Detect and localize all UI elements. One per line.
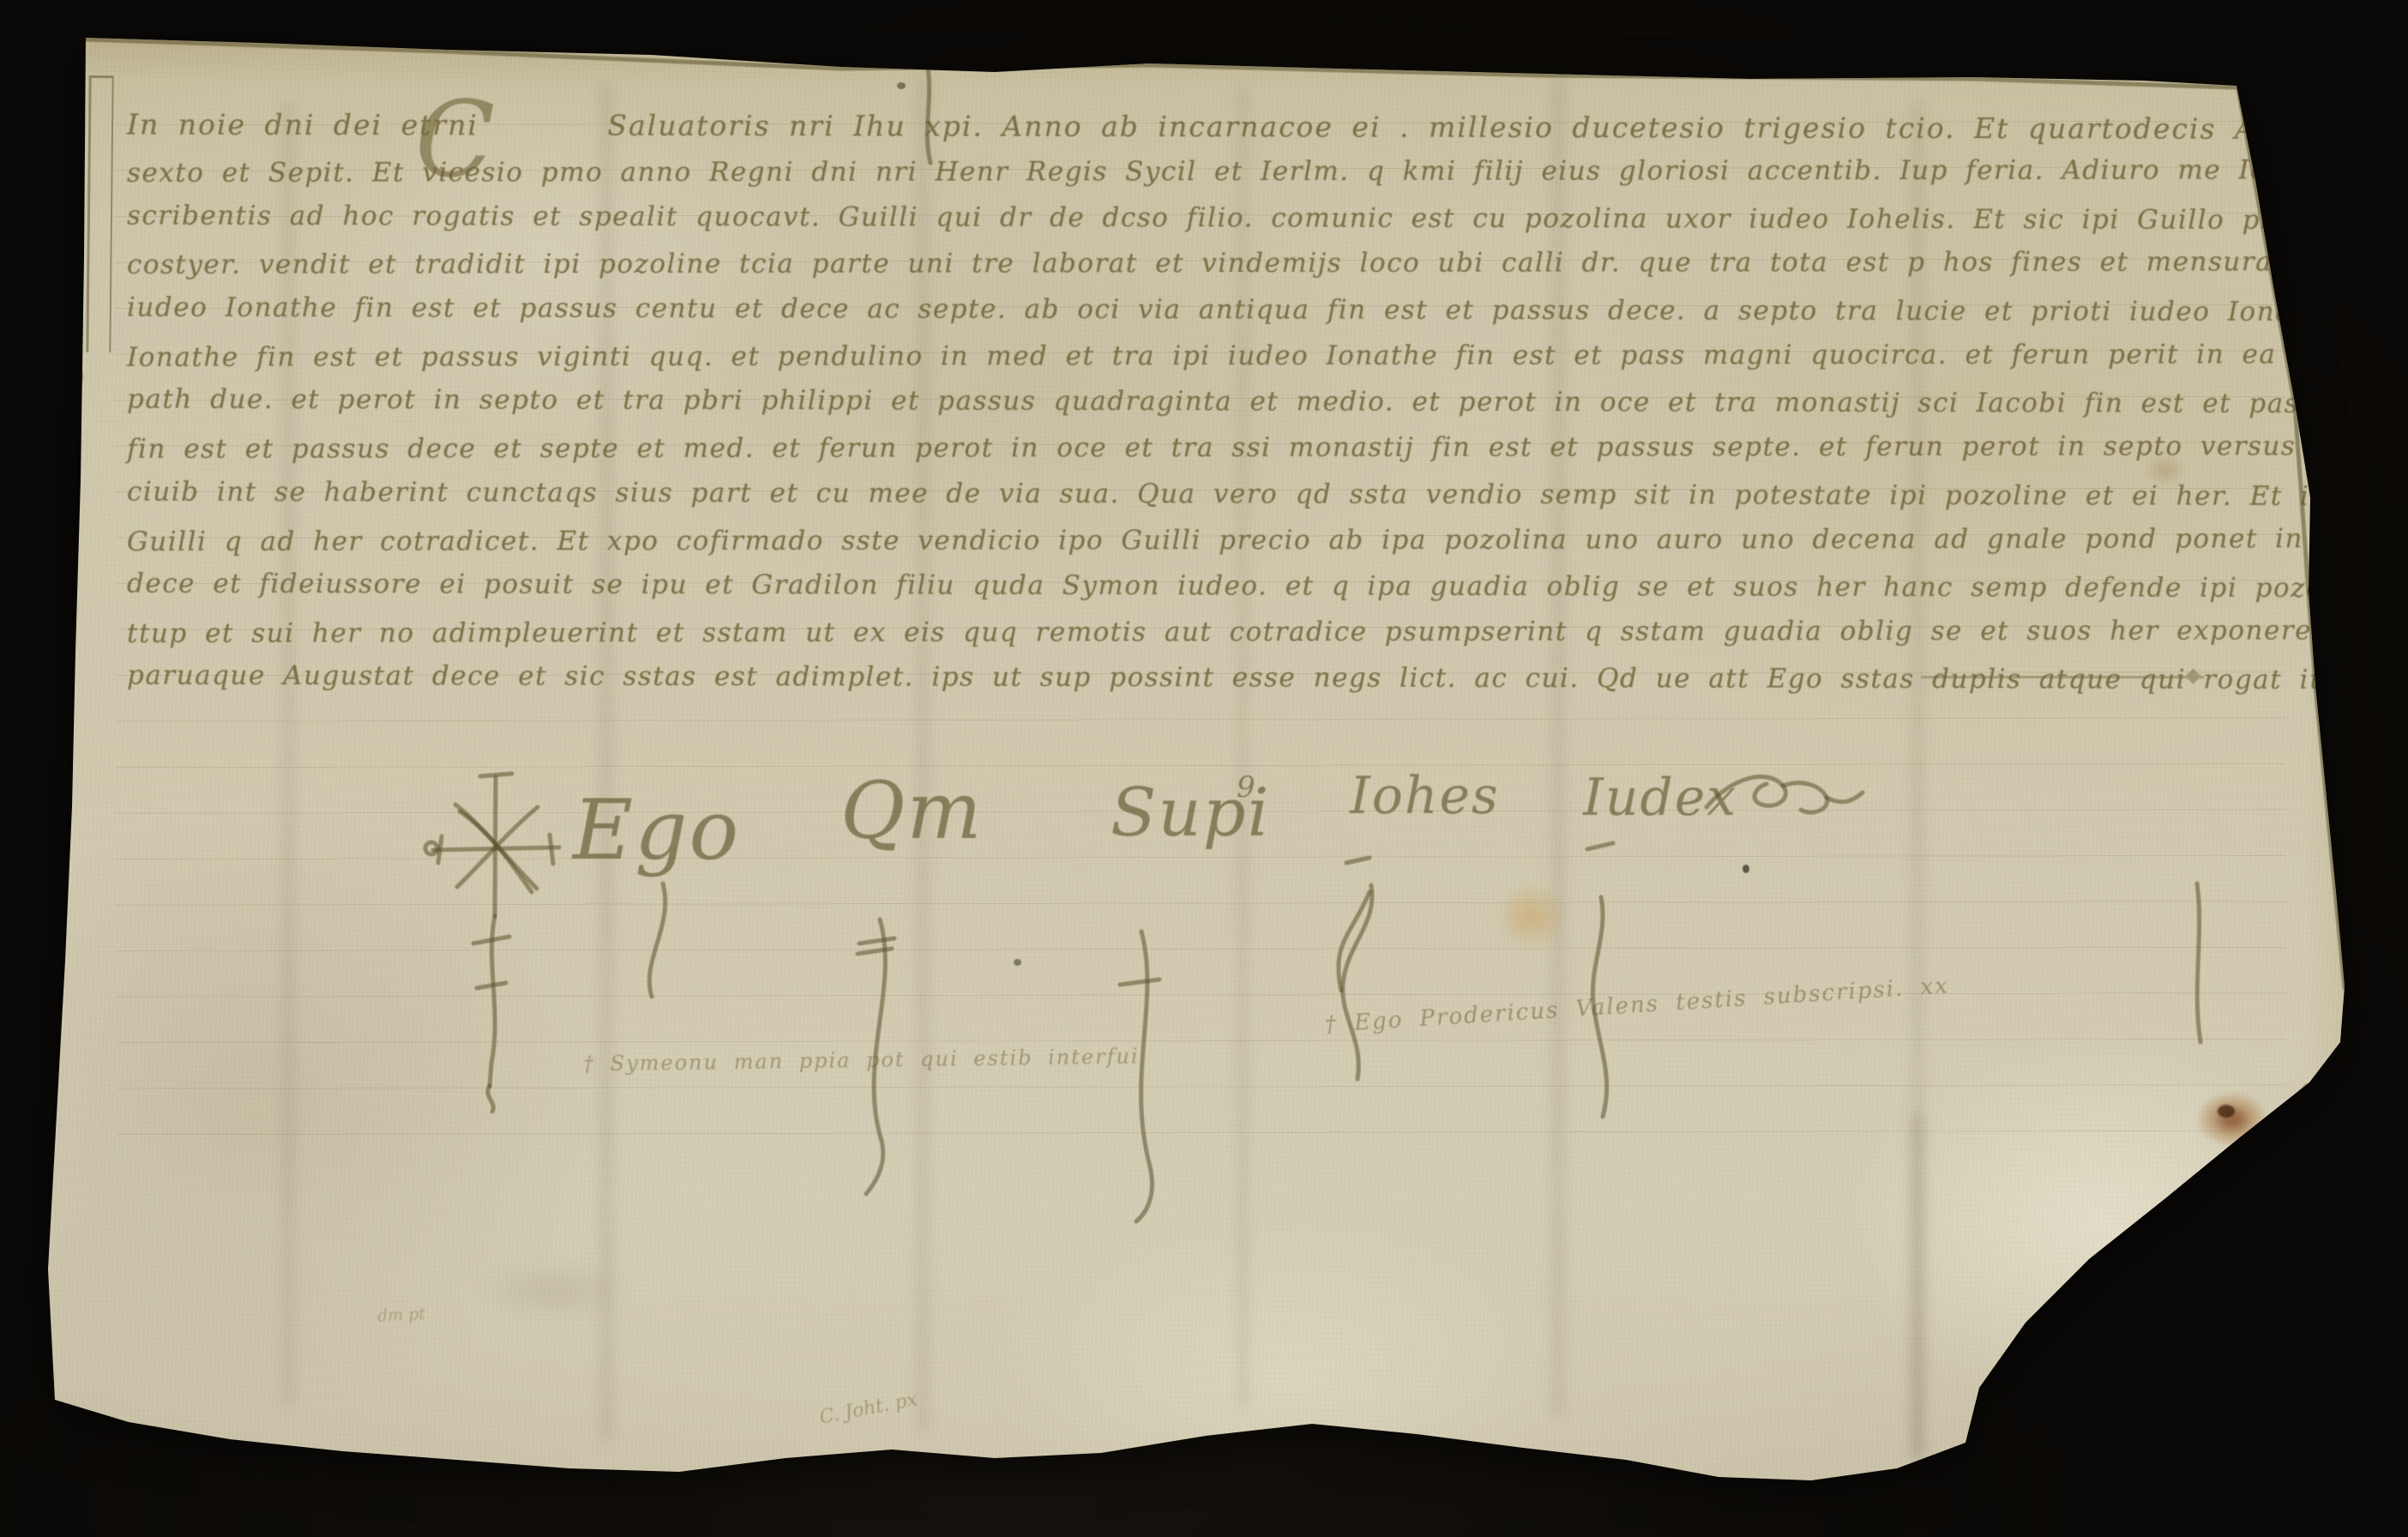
ink-strokes xyxy=(0,0,2408,1537)
iudex-end-flourish xyxy=(1707,777,1863,813)
parchment-edge-accents xyxy=(86,39,2345,1439)
signature-descender-tails xyxy=(649,843,1613,1221)
photo-backdrop: In noie dni dei etrni Saluatoris nri Ihu… xyxy=(0,0,2408,1537)
notary-sign-icon xyxy=(425,774,559,1112)
parchment-sheet: In noie dni dei etrni Saluatoris nri Ihu… xyxy=(0,0,2408,1537)
parchment-wrap: In noie dni dei etrni Saluatoris nri Ihu… xyxy=(0,0,2408,1537)
margin-paragraph-mark: 9 xyxy=(49,460,83,511)
